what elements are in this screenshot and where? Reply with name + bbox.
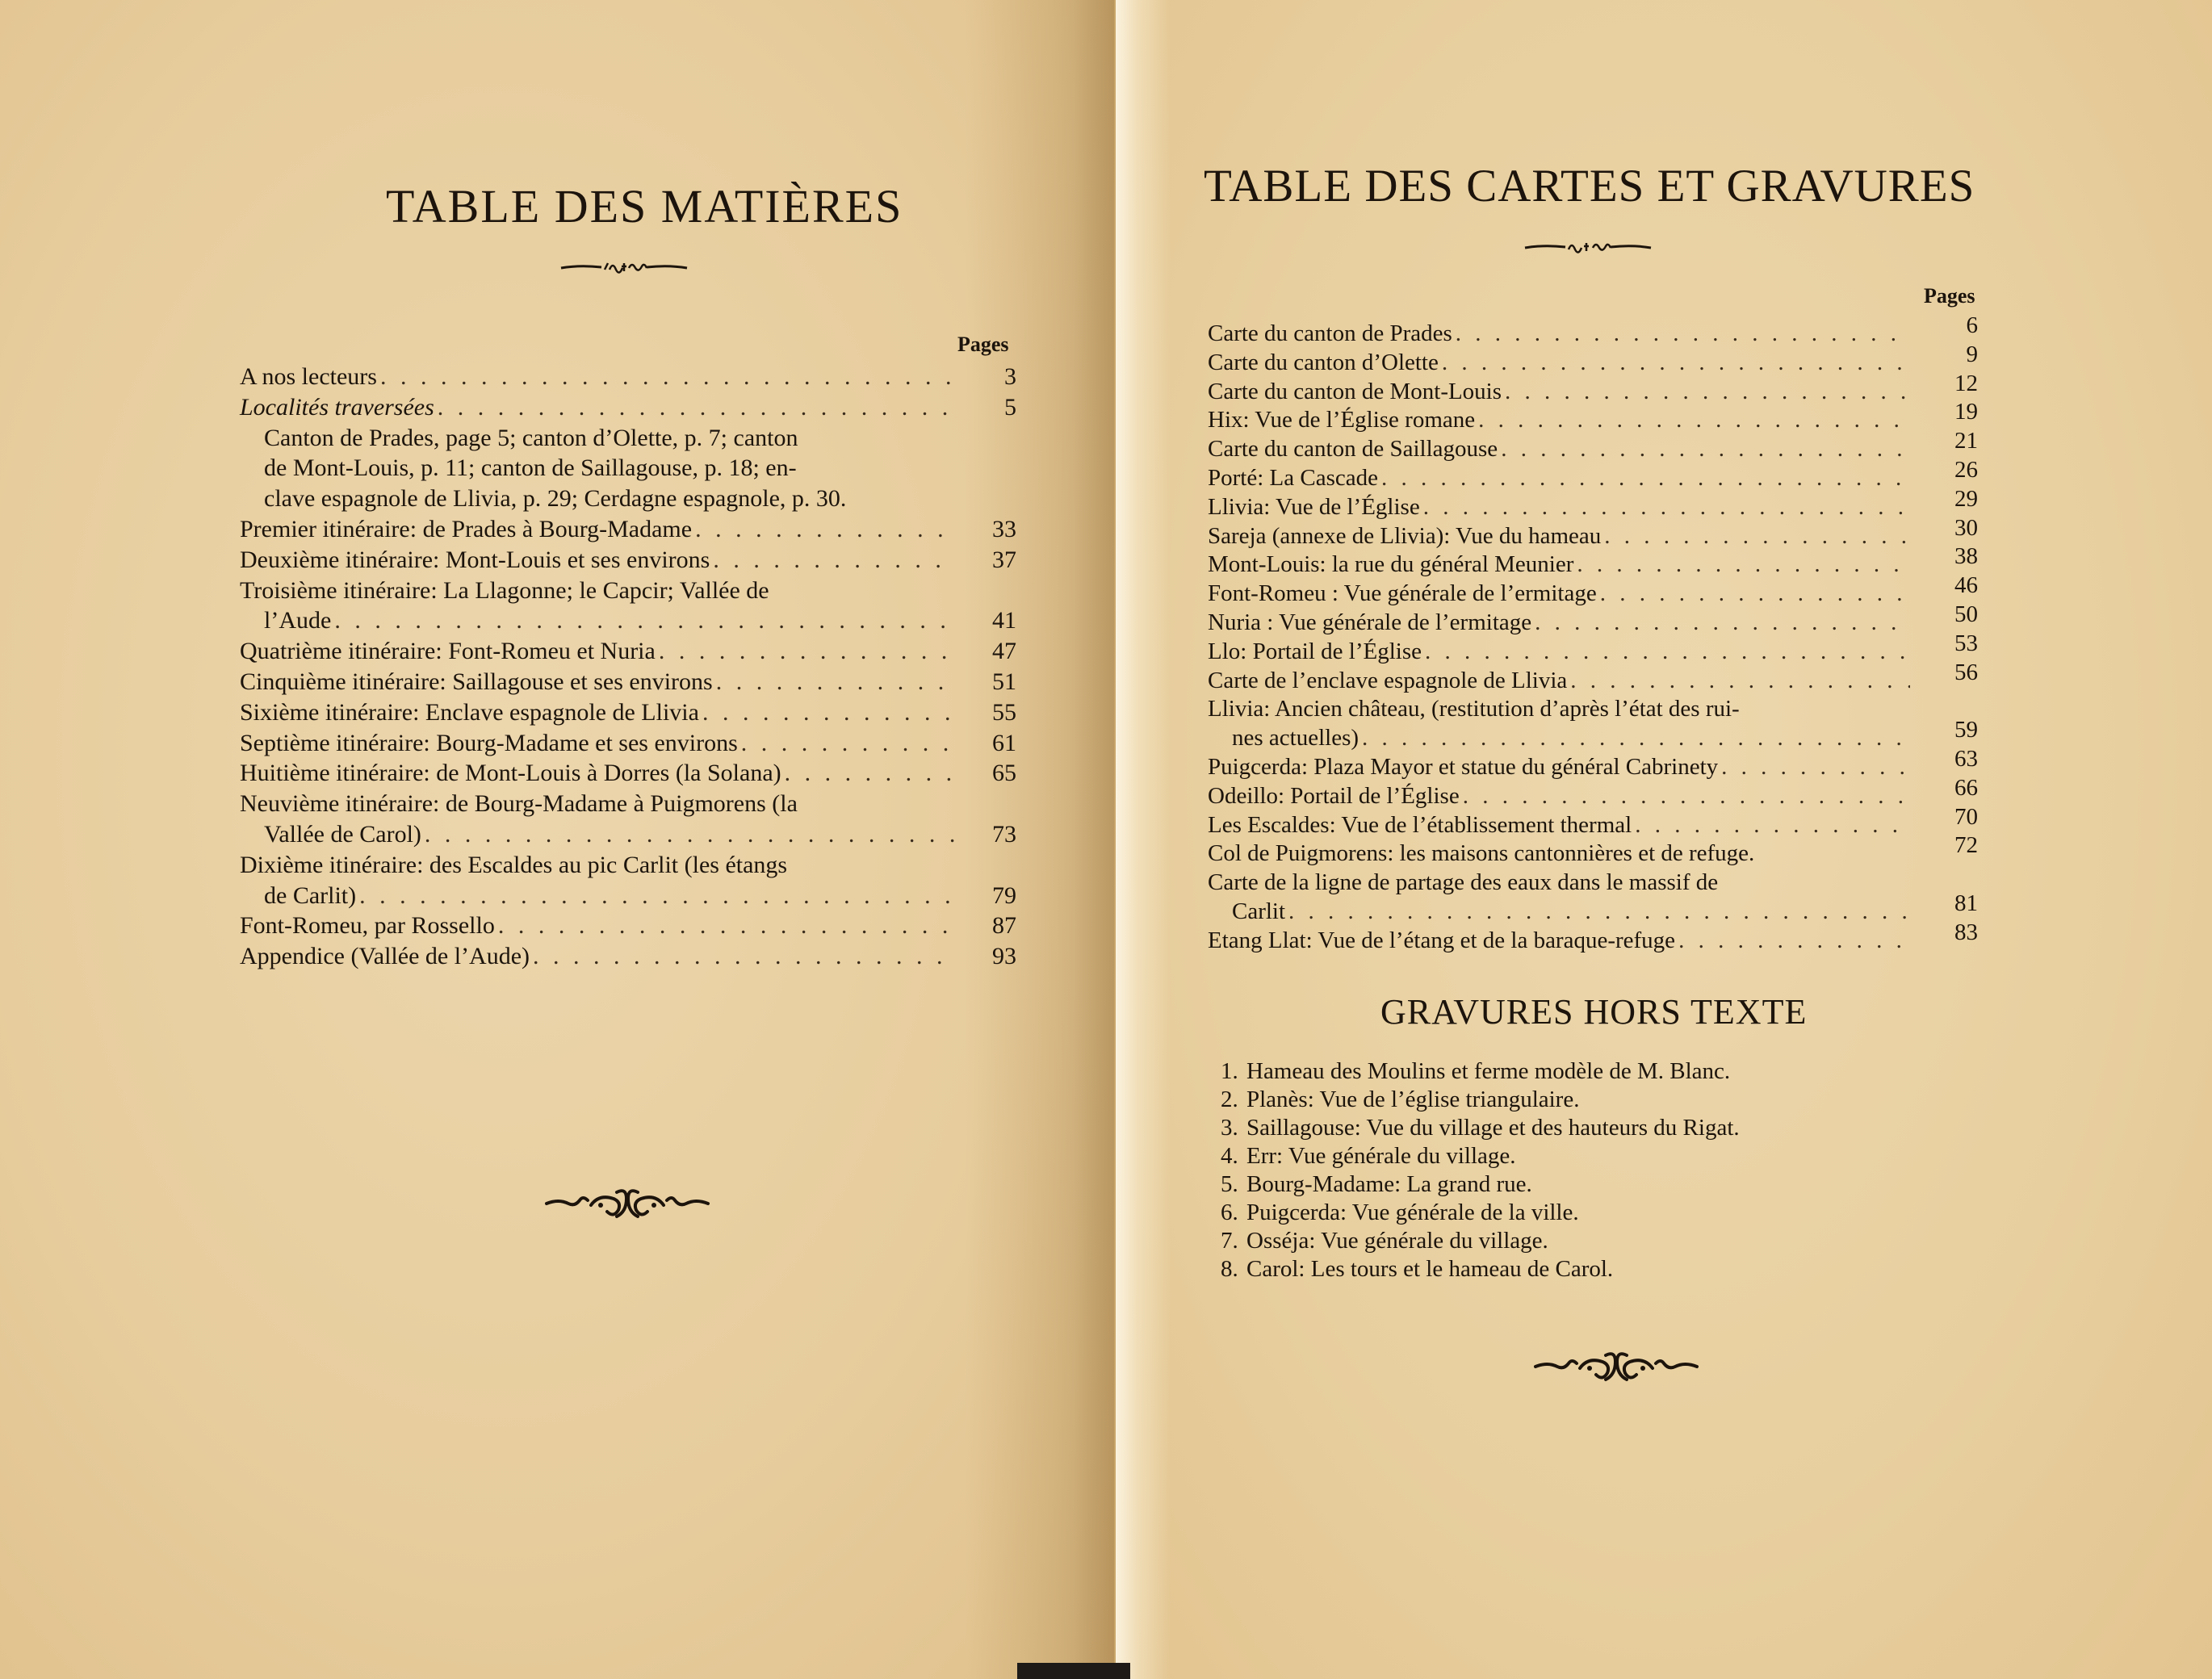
dot-leader: . . . . . . . . . . . . . . . . . . . . … (1600, 580, 1910, 609)
toc-entry[interactable]: de Carlit). . . . . . . . . . . . . . . … (240, 881, 1016, 911)
dot-leader: . . . . . . . . . . . . . . . . . . . . … (1456, 320, 1910, 349)
toc-entry-text: Sixième itinéraire: Enclave espagnole de… (240, 697, 699, 728)
dot-leader: . . . . . . . . . . . . . . . . . . . . … (438, 392, 957, 423)
engraving-caption: Carol: Les tours et le hameau de Carol. (1246, 1256, 1613, 1282)
engraving-number: 6. (1221, 1199, 1246, 1227)
toc-entry[interactable]: Les Escaldes: Vue de l’établissement the… (1208, 811, 1978, 840)
toc-entry[interactable]: Appendice (Vallée de l’Aude). . . . . . … (240, 941, 1016, 972)
page-number: 51 (992, 667, 1016, 697)
toc-entry-text: Carte de la ligne de partage des eaux da… (1208, 869, 1718, 895)
toc-entry-text: Septième itinéraire: Bourg-Madame et ses… (240, 728, 738, 759)
toc-entry[interactable]: Font-Romeu : Vue générale de l’ermitage.… (1208, 580, 1978, 609)
dot-leader: . . . . . . . . . . . . . . . . . . . . … (716, 667, 957, 697)
toc-entry[interactable]: l’Aude. . . . . . . . . . . . . . . . . … (240, 605, 1016, 636)
page-number: 61 (992, 728, 1016, 759)
maps-and-engravings-list: Carte du canton de Prades. . . . . . . .… (1208, 320, 1978, 956)
toc-entry-text: l’Aude (264, 605, 331, 636)
engraving-caption: Hameau des Moulins et ferme modèle de M.… (1246, 1058, 1730, 1084)
dot-leader: . . . . . . . . . . . . . . . . . . . . … (1604, 522, 1910, 551)
left-page: TABLE DES MATIÈRES Pages A nos lecteurs.… (0, 0, 1122, 1679)
toc-entry[interactable]: Font-Romeu, par Rossello. . . . . . . . … (240, 911, 1016, 941)
dot-leader: . . . . . . . . . . . . . . . . . . . . … (1721, 753, 1910, 782)
toc-subtext: de Mont-Louis, p. 11; canton de Saillago… (264, 454, 797, 481)
page-number: 50 (1954, 601, 1978, 630)
dot-leader: . . . . . . . . . . . . . . . . . . . . … (1478, 406, 1910, 435)
page-number: 73 (992, 819, 1016, 850)
page-title-table-des-cartes: TABLE DES CARTES ET GRAVURES (1204, 160, 1975, 212)
toc-entry-text: Font-Romeu : Vue générale de l’ermitage (1208, 580, 1597, 609)
toc-entry[interactable]: Hix: Vue de l’Église romane. . . . . . .… (1208, 406, 1978, 435)
page-number: 41 (992, 605, 1016, 636)
page-number: 79 (992, 881, 1016, 911)
toc-entry-text: Llo: Portail de l’Église (1208, 638, 1422, 667)
toc-entry[interactable]: Mont-Louis: la rue du général Meunier. .… (1208, 551, 1978, 580)
page-number: 66 (1954, 774, 1978, 803)
engraving-caption: Planès: Vue de l’église triangulaire. (1246, 1087, 1579, 1112)
toc-subtext-line: Canton de Prades, page 5; canton d’Olett… (240, 423, 1016, 454)
toc-entry-text: Llivia: Ancien château, (restitution d’a… (1208, 696, 1740, 722)
pages-column-header: Pages (957, 333, 1009, 357)
toc-entry[interactable]: Septième itinéraire: Bourg-Madame et ses… (240, 728, 1016, 759)
dot-leader: . . . . . . . . . . . . . . . . . . . . … (659, 636, 957, 667)
toc-entry[interactable]: Llo: Portail de l’Église. . . . . . . . … (1208, 638, 1978, 667)
page-number: 47 (992, 636, 1016, 667)
dot-leader: . . . . . . . . . . . . . . . . . . . . … (741, 728, 957, 759)
toc-entry-text: Puigcerda: Plaza Mayor et statue du géné… (1208, 753, 1718, 782)
dot-leader: . . . . . . . . . . . . . . . . . . . . … (1535, 609, 1910, 638)
toc-entry-first-line: Troisième itinéraire: La Llagonne; le Ca… (240, 576, 1016, 606)
engraving-number: 2. (1221, 1086, 1246, 1114)
toc-entry[interactable]: Carlit. . . . . . . . . . . . . . . . . … (1208, 898, 1978, 927)
toc-entry-text: Cinquième itinéraire: Saillagouse et ses… (240, 667, 713, 697)
toc-entry-text: de Carlit) (264, 881, 356, 911)
toc-subtext: Canton de Prades, page 5; canton d’Olett… (264, 425, 798, 451)
page-number: 81 (1954, 890, 1978, 919)
toc-subtext-line: de Mont-Louis, p. 11; canton de Saillago… (240, 453, 1016, 484)
flourish-rule-icon (559, 257, 689, 276)
toc-entry[interactable]: Carte du canton de Prades. . . . . . . .… (1208, 320, 1978, 349)
dot-leader: . . . . . . . . . . . . . . . . . . . . … (785, 758, 957, 789)
toc-entry-text: Nuria : Vue générale de l’ermitage (1208, 609, 1531, 638)
toc-entry[interactable]: Carte du canton de Mont-Louis. . . . . .… (1208, 378, 1978, 407)
page-number: 21 (1954, 427, 1978, 456)
section-title-gravures-hors-texte: GRAVURES HORS TEXTE (1380, 991, 1807, 1032)
dot-leader: . . . . . . . . . . . . . . . . . . . . … (334, 605, 957, 636)
page-number: 46 (1954, 572, 1978, 601)
toc-entry-text: nes actuelles) (1232, 724, 1359, 753)
toc-entry[interactable]: Sareja (annexe de Llivia): Vue du hameau… (1208, 522, 1978, 551)
engravings-list: 1.Hameau des Moulins et ferme modèle de … (1221, 1057, 1740, 1283)
flourish-rule-icon (1523, 237, 1653, 256)
engraving-number: 8. (1221, 1255, 1246, 1283)
engraving-item[interactable]: 5.Bourg-Madame: La grand rue. (1221, 1170, 1740, 1199)
toc-entry-text: Carte du canton de Saillagouse (1208, 435, 1498, 464)
page-number: 53 (1954, 630, 1978, 659)
toc-entry[interactable]: Cinquième itinéraire: Saillagouse et ses… (240, 667, 1016, 697)
toc-entry[interactable]: Carte du canton de Saillagouse. . . . . … (1208, 435, 1978, 464)
page-number: 87 (992, 911, 1016, 941)
page-number: 9 (1967, 341, 1979, 370)
page-number: 5 (1004, 392, 1016, 423)
toc-entry-first-line: Carte de la ligne de partage des eaux da… (1208, 869, 1978, 898)
engraving-number: 7. (1221, 1227, 1246, 1255)
toc-entry[interactable]: nes actuelles). . . . . . . . . . . . . … (1208, 724, 1978, 753)
toc-entry-text: Les Escaldes: Vue de l’établissement the… (1208, 811, 1632, 840)
engraving-item[interactable]: 3.Saillagouse: Vue du village et des hau… (1221, 1114, 1740, 1142)
dot-leader: . . . . . . . . . . . . . . . . . . . . … (1425, 638, 1910, 667)
toc-entry[interactable]: Vallée de Carol). . . . . . . . . . . . … (240, 819, 1016, 850)
page-number: 65 (992, 758, 1016, 789)
engraving-number: 3. (1221, 1114, 1246, 1142)
engraving-caption: Osséja: Vue générale du village. (1246, 1228, 1548, 1254)
scroll-vignette-ornament-icon (1531, 1344, 1701, 1384)
toc-entry[interactable]: Carte du canton d’Olette. . . . . . . . … (1208, 349, 1978, 378)
toc-entry[interactable]: Col de Puigmorens: les maisons cantonniè… (1208, 839, 1978, 869)
toc-entry-text: Carte du canton de Mont-Louis (1208, 378, 1502, 407)
toc-entry-text: Vallée de Carol) (264, 819, 421, 850)
page-number: 93 (992, 941, 1016, 972)
toc-entry-text: Deuxième itinéraire: Mont-Louis et ses e… (240, 545, 710, 576)
toc-entry-text: Huitième itinéraire: de Mont-Louis à Dor… (240, 758, 781, 789)
dot-leader: . . . . . . . . . . . . . . . . . . . . … (1423, 493, 1910, 522)
engraving-item[interactable]: 2.Planès: Vue de l’église triangulaire. (1221, 1086, 1740, 1114)
toc-entry-text: Carte du canton de Prades (1208, 320, 1452, 349)
dot-leader: . . . . . . . . . . . . . . . . . . . . … (713, 545, 957, 576)
toc-entry[interactable]: Localités traversées. . . . . . . . . . … (240, 392, 1016, 423)
toc-subtext-line: clave espagnole de Llivia, p. 29; Cerdag… (240, 484, 1016, 514)
engraving-item[interactable]: 7.Osséja: Vue générale du village. (1221, 1227, 1740, 1255)
toc-entry[interactable]: Huitième itinéraire: de Mont-Louis à Dor… (240, 758, 1016, 789)
page-number: 3 (1004, 362, 1016, 392)
engraving-item[interactable]: 8.Carol: Les tours et le hameau de Carol… (1221, 1255, 1740, 1283)
page-number: 37 (992, 545, 1016, 576)
toc-entry[interactable]: Quatrième itinéraire: Font-Romeu et Nuri… (240, 636, 1016, 667)
page-number: 59 (1954, 716, 1978, 745)
page-number: 70 (1954, 803, 1978, 832)
page-number: 29 (1954, 485, 1978, 514)
toc-entry-text: Llivia: Vue de l’Église (1208, 493, 1420, 522)
toc-entry-text: Hix: Vue de l’Église romane (1208, 406, 1475, 435)
toc-entry-text: A nos lecteurs (240, 362, 377, 392)
dot-leader: . . . . . . . . . . . . . . . . . . . . … (359, 881, 957, 911)
toc-entry-text: Appendice (Vallée de l’Aude) (240, 941, 530, 972)
toc-entry[interactable]: Llivia: Vue de l’Église. . . . . . . . .… (1208, 493, 1978, 522)
scroll-vignette-ornament-icon (543, 1181, 712, 1221)
page-number: 63 (1954, 745, 1978, 774)
pages-column-header: Pages (1924, 284, 1975, 308)
engraving-item[interactable]: 1.Hameau des Moulins et ferme modèle de … (1221, 1057, 1740, 1086)
toc-entry-text: Col de Puigmorens: les maisons cantonniè… (1208, 839, 1754, 869)
engraving-caption: Puigcerda: Vue générale de la ville. (1246, 1200, 1579, 1225)
page-number: 83 (1954, 919, 1978, 948)
dot-leader: . . . . . . . . . . . . . . . . . . . . … (380, 362, 957, 392)
toc-subtext: clave espagnole de Llivia, p. 29; Cerdag… (264, 485, 846, 512)
toc-entry[interactable]: Puigcerda: Plaza Mayor et statue du géné… (1208, 753, 1978, 782)
toc-entry-text: Quatrième itinéraire: Font-Romeu et Nuri… (240, 636, 656, 667)
toc-entry-text: Odeillo: Portail de l’Église (1208, 782, 1460, 811)
toc-entry-text: Sareja (annexe de Llivia): Vue du hameau (1208, 522, 1601, 551)
dot-leader: . . . . . . . . . . . . . . . . . . . . … (498, 911, 957, 941)
toc-entry-text: Carte de l’enclave espagnole de Llivia (1208, 667, 1567, 696)
toc-entry[interactable]: Premier itinéraire: de Prades à Bourg-Ma… (240, 514, 1016, 545)
engraving-caption: Saillagouse: Vue du village et des haute… (1246, 1115, 1740, 1141)
toc-entry-text: Etang Llat: Vue de l’étang et de la bara… (1208, 927, 1675, 956)
page-number: 56 (1954, 659, 1978, 688)
engraving-item[interactable]: 4.Err: Vue générale du village. (1221, 1142, 1740, 1170)
toc-entry-first-line: Neuvième itinéraire: de Bourg-Madame à P… (240, 789, 1016, 819)
dot-leader: . . . . . . . . . . . . . . . . . . . . … (1362, 724, 1910, 753)
toc-entry[interactable]: Carte de l’enclave espagnole de Llivia. … (1208, 667, 1978, 696)
engraving-number: 4. (1221, 1142, 1246, 1170)
toc-entry-first-line: Llivia: Ancien château, (restitution d’a… (1208, 695, 1978, 724)
toc-entry-text: Dixième itinéraire: des Escaldes au pic … (240, 852, 787, 878)
engraving-number: 5. (1221, 1170, 1246, 1199)
toc-entry-text: Carlit (1232, 898, 1285, 927)
toc-entry-text: Localités traversées (240, 392, 434, 423)
toc-entry[interactable]: Porté: La Cascade. . . . . . . . . . . .… (1208, 464, 1978, 493)
dot-leader: . . . . . . . . . . . . . . . . . . . . … (1501, 435, 1910, 464)
toc-entry[interactable]: A nos lecteurs. . . . . . . . . . . . . … (240, 362, 1016, 392)
toc-entry-text: Porté: La Cascade (1208, 464, 1378, 493)
dot-leader: . . . . . . . . . . . . . . . . . . . . … (695, 514, 957, 545)
toc-entry-first-line: Dixième itinéraire: des Escaldes au pic … (240, 850, 1016, 881)
engraving-item[interactable]: 6.Puigcerda: Vue générale de la ville. (1221, 1199, 1740, 1227)
page-number: 30 (1954, 514, 1978, 543)
dot-leader: . . . . . . . . . . . . . . . . . . . . … (1381, 464, 1910, 493)
page-number: 12 (1954, 370, 1978, 399)
dot-leader: . . . . . . . . . . . . . . . . . . . . … (1463, 782, 1910, 811)
page-title-table-des-matieres: TABLE DES MATIÈRES (386, 179, 903, 233)
page-number: 55 (992, 697, 1016, 728)
table-of-contents-list: A nos lecteurs. . . . . . . . . . . . . … (240, 362, 1016, 972)
page-number: 38 (1954, 542, 1978, 572)
engraving-caption: Err: Vue générale du village. (1246, 1143, 1516, 1169)
dot-leader: . . . . . . . . . . . . . . . . . . . . … (1505, 378, 1910, 407)
dot-leader: . . . . . . . . . . . . . . . . . . . . … (702, 697, 957, 728)
dot-leader: . . . . . . . . . . . . . . . . . . . . … (1678, 927, 1910, 956)
page-number: 19 (1954, 398, 1978, 427)
toc-entry[interactable]: Deuxième itinéraire: Mont-Louis et ses e… (240, 545, 1016, 576)
page-number: 26 (1954, 456, 1978, 485)
book-spine-shadow (1017, 1663, 1130, 1679)
dot-leader: . . . . . . . . . . . . . . . . . . . . … (1635, 811, 1910, 840)
dot-leader: . . . . . . . . . . . . . . . . . . . . … (1442, 349, 1910, 378)
toc-entry-text: Premier itinéraire: de Prades à Bourg-Ma… (240, 514, 692, 545)
dot-leader: . . . . . . . . . . . . . . . . . . . . … (425, 819, 957, 850)
dot-leader: . . . . . . . . . . . . . . . . . . . . … (1288, 898, 1910, 927)
dot-leader: . . . . . . . . . . . . . . . . . . . . … (533, 941, 957, 972)
toc-entry-text: Troisième itinéraire: La Llagonne; le Ca… (240, 577, 769, 604)
right-page: TABLE DES CARTES ET GRAVURES Pages Carte… (1114, 0, 2212, 1679)
toc-entry[interactable]: Odeillo: Portail de l’Église. . . . . . … (1208, 782, 1978, 811)
toc-entry-text: Carte du canton d’Olette (1208, 349, 1439, 378)
dot-leader: . . . . . . . . . . . . . . . . . . . . … (1570, 667, 1910, 696)
toc-entry-text: Mont-Louis: la rue du général Meunier (1208, 551, 1573, 580)
engraving-number: 1. (1221, 1057, 1246, 1086)
page-number: 72 (1954, 831, 1978, 860)
engraving-caption: Bourg-Madame: La grand rue. (1246, 1171, 1532, 1197)
dot-leader: . . . . . . . . . . . . . . . . . . . . … (1577, 551, 1910, 580)
page-number: 33 (992, 514, 1016, 545)
toc-entry[interactable]: Nuria : Vue générale de l’ermitage. . . … (1208, 609, 1978, 638)
toc-entry-text: Neuvième itinéraire: de Bourg-Madame à P… (240, 790, 798, 817)
toc-entry-text: Font-Romeu, par Rossello (240, 911, 495, 941)
page-number: 6 (1967, 312, 1979, 341)
toc-entry[interactable]: Sixième itinéraire: Enclave espagnole de… (240, 697, 1016, 728)
toc-entry[interactable]: Etang Llat: Vue de l’étang et de la bara… (1208, 927, 1978, 956)
